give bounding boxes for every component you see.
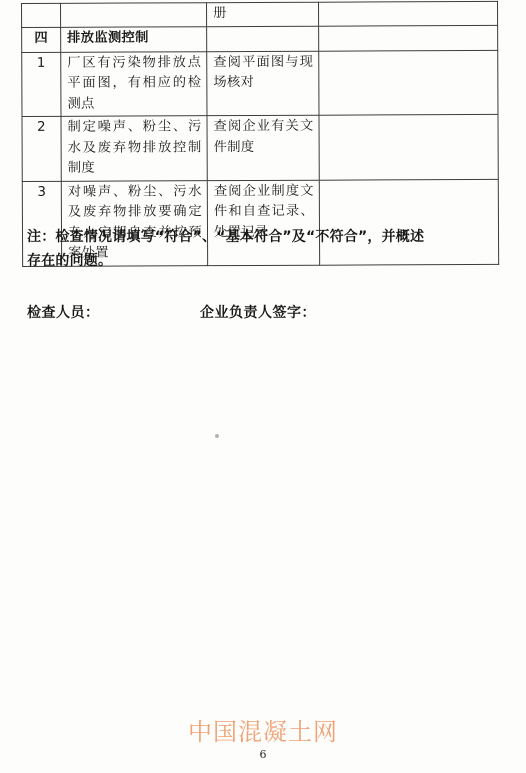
cell-index: 2	[22, 116, 61, 181]
note-line-1: 注：检查情况请填写“符合”、“基本符合”及“不符合”，并概述	[27, 226, 497, 250]
inspector-signature-label: 检查人员：	[27, 302, 100, 322]
cell-result	[319, 50, 498, 115]
cell-method: 册	[207, 2, 319, 26]
table-row: 2 制定噪声、粉尘、污水及废弃物排放控制制度 查阅企业有关文件制度	[22, 114, 498, 181]
cell-item	[61, 3, 207, 27]
table-row: 1 厂区有污染物排放点平面图，有相应的检测点 查阅平面图与现场核对	[22, 50, 498, 117]
cell-item: 厂区有污染物排放点平面图，有相应的检测点	[61, 51, 207, 116]
scan-artifact-dot	[215, 434, 219, 438]
cell-section-title: 排放监测控制	[61, 26, 207, 52]
fill-instruction-note: 注：检查情况请填写“符合”、“基本符合”及“不符合”，并概述 存在的问题。	[27, 226, 497, 273]
cell-index: 1	[22, 52, 61, 117]
cell-result	[319, 25, 498, 51]
cell-method: 查阅企业有关文件制度	[207, 115, 319, 180]
watermark-text: 中国混凝土网	[0, 712, 526, 747]
note-line-2: 存在的问题。	[27, 250, 497, 274]
table-row-section-header: 四 排放监测控制	[22, 25, 498, 52]
table-row-partial: 册	[22, 1, 498, 27]
cell-index	[22, 3, 61, 27]
company-rep-signature-label: 企业负责人签字：	[200, 302, 316, 322]
cell-item: 制定噪声、粉尘、污水及废弃物排放控制制度	[61, 116, 207, 181]
cell-section-number: 四	[22, 27, 61, 52]
cell-result	[318, 1, 497, 25]
cell-method	[207, 26, 319, 51]
cell-result	[319, 114, 498, 179]
page-number: 6	[0, 748, 526, 761]
document-page: 册 四 排放监测控制 1 厂区有污染物排放点平面图，有相应的检测点 查阅平面图与…	[0, 0, 526, 773]
cell-method: 查阅平面图与现场核对	[207, 51, 319, 116]
